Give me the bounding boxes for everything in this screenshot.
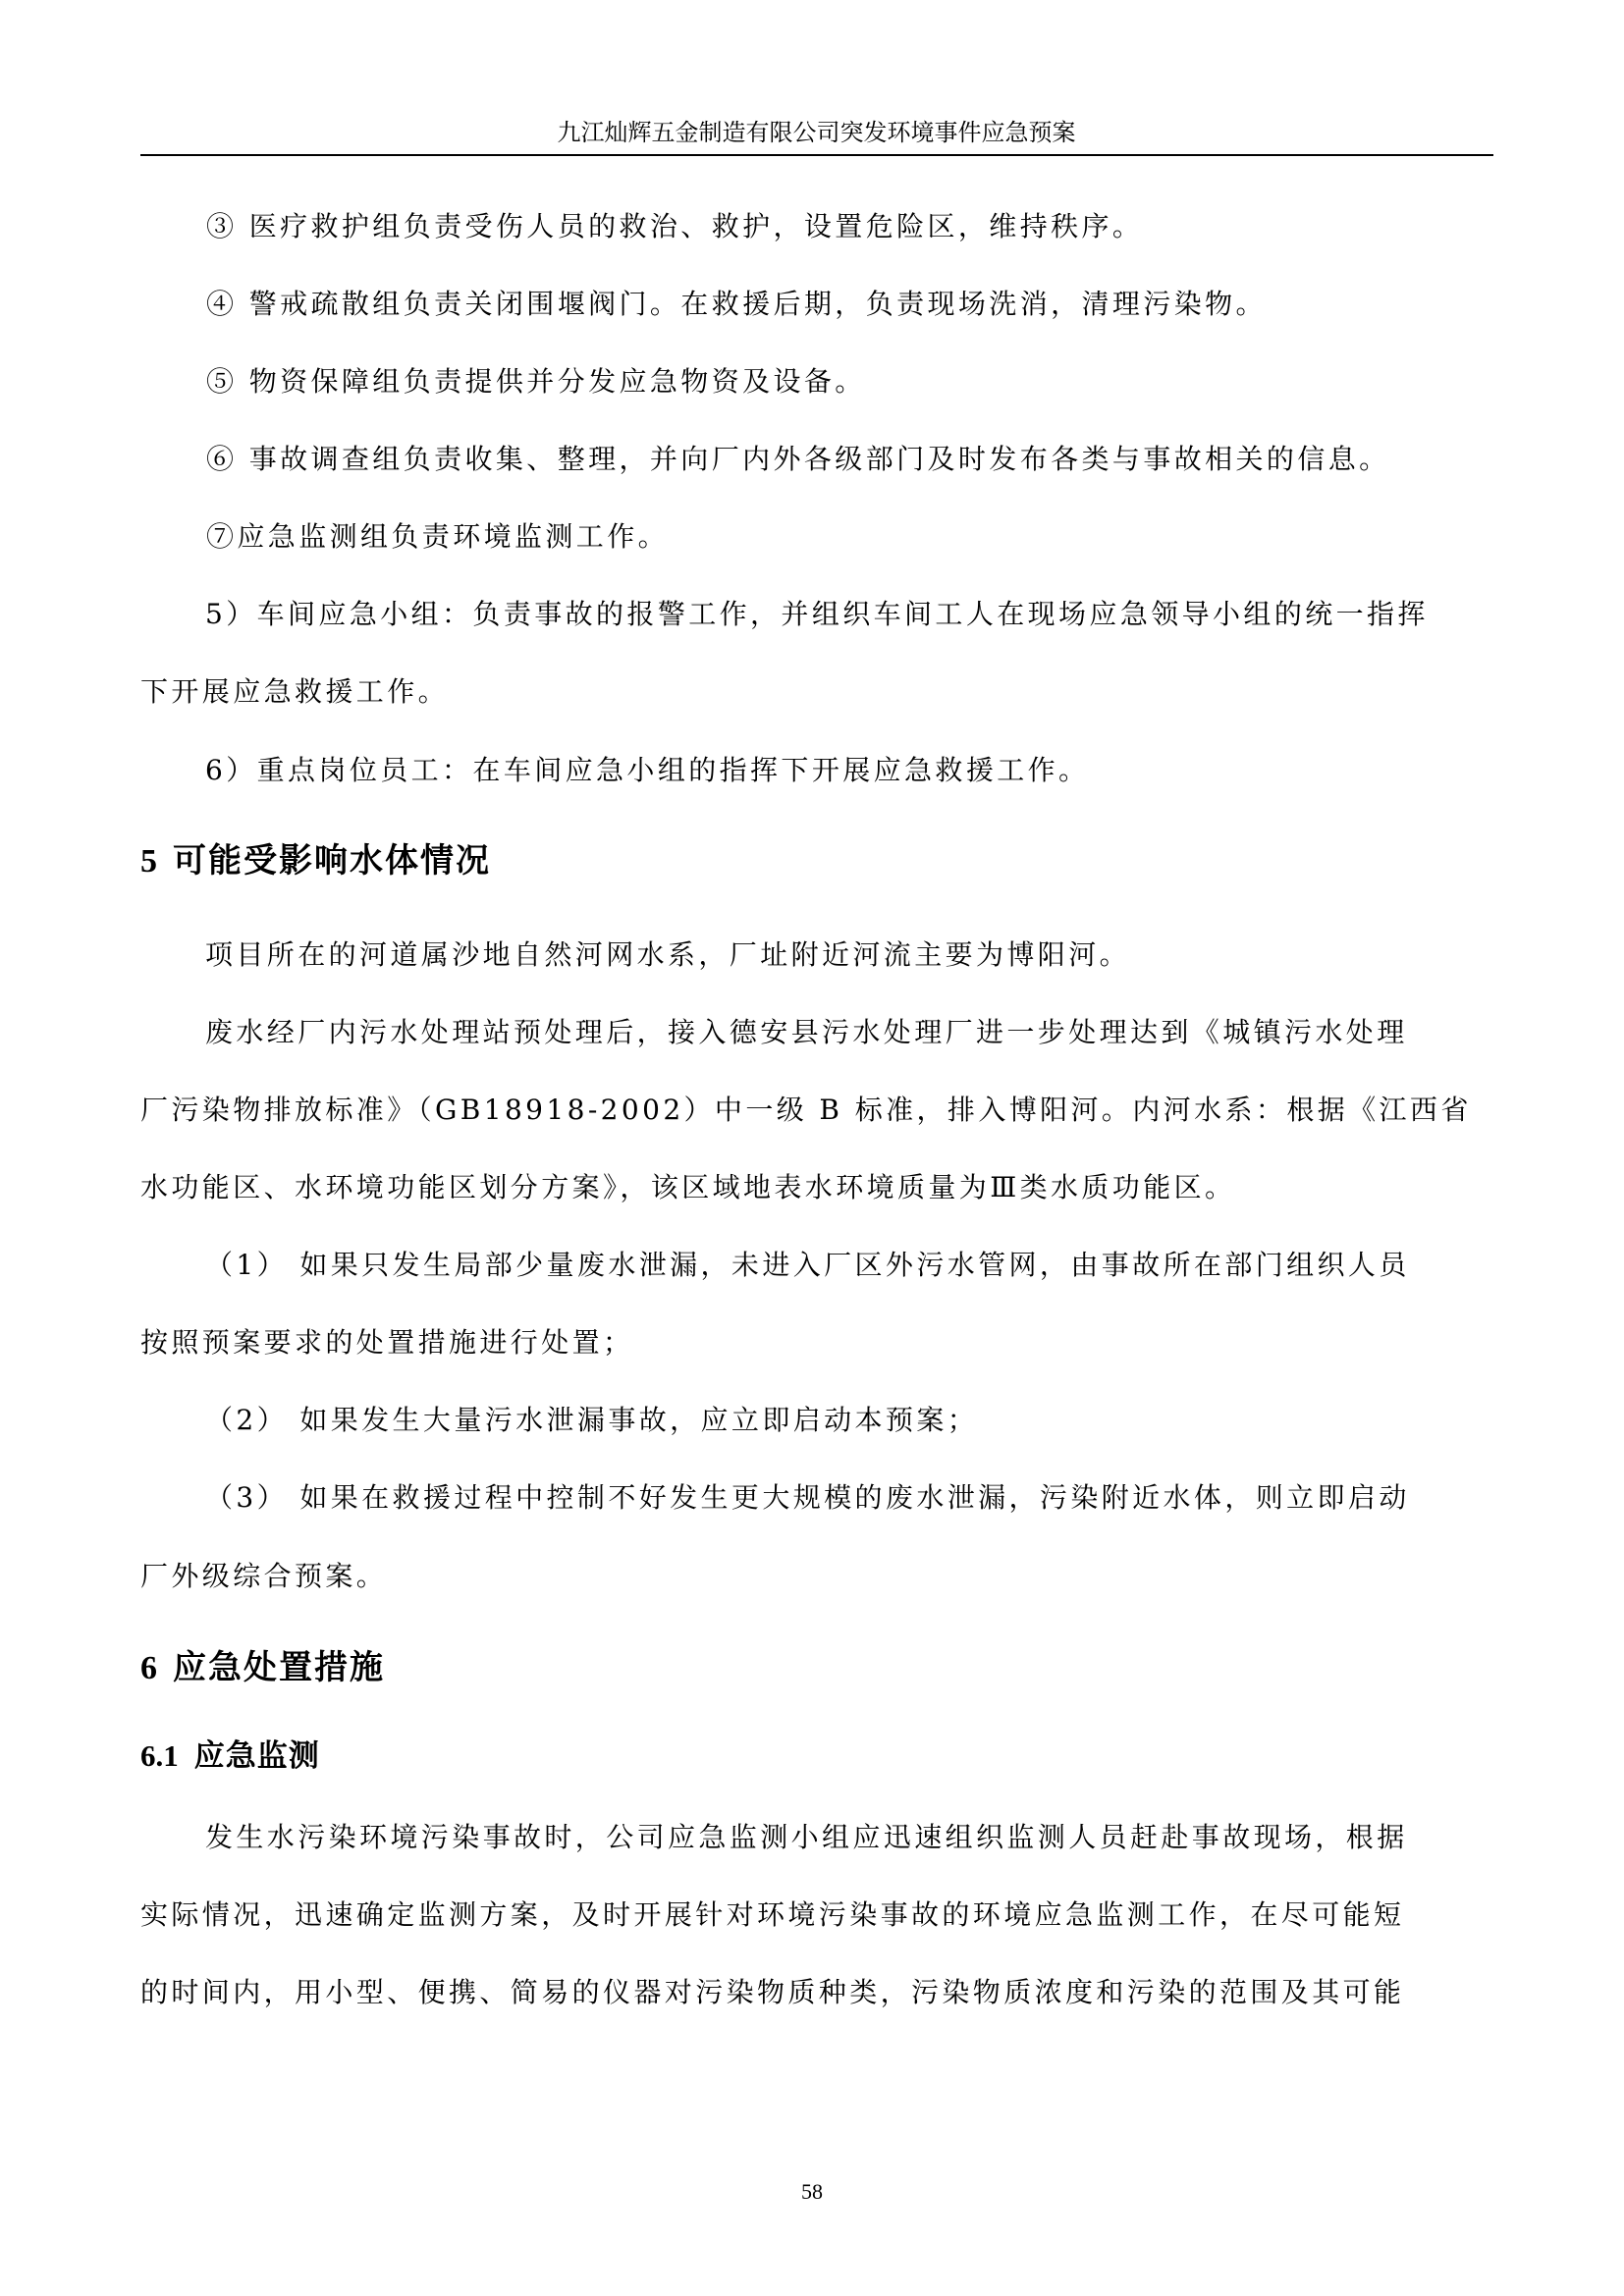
section-6-1-paragraph-line1: 发生水污染环境污染事故时，公司应急监测小组应迅速组织监测人员赶赴事故现场，根据 [140, 1818, 1560, 1857]
section-5-number: 5 [140, 843, 157, 880]
section-5-paragraph-2-line2: 厂污染物排放标准》（GB18918-2002）中一级 B 标准，排入博阳河。内河… [140, 1091, 1495, 1130]
section-6-1-title: 应急监测 [194, 1738, 320, 1774]
section-6-heading: 6应急处置措施 [140, 1643, 1495, 1692]
section-5-title: 可能受影响水体情况 [173, 841, 491, 881]
section-6-1-paragraph-line2: 实际情况，迅速确定监测方案，及时开展针对环境污染事故的环境应急监测工作，在尽可能… [140, 1896, 1495, 1935]
section-6-1-paragraph-line3: 的时间内，用小型、便携、简易的仪器对污染物质种类，污染物质浓度和污染的范围及其可… [140, 1973, 1495, 2012]
section-6-number: 6 [140, 1650, 157, 1686]
paragraph-workshop-line2: 下开展应急救援工作。 [140, 672, 1495, 712]
header-divider [140, 154, 1493, 156]
case-3-line2: 厂外级综合预案。 [140, 1557, 1495, 1596]
paragraph-key-staff: 6）重点岗位员工：在车间应急小组的指挥下开展应急救援工作。 [140, 751, 1560, 790]
list-item-investigation: ⑥ 事故调查组负责收集、整理，并向厂内外各级部门及时发布各类与事故相关的信息。 [140, 440, 1561, 479]
section-5-paragraph-1: 项目所在的河道属沙地自然河网水系，厂址附近河流主要为博阳河。 [140, 935, 1560, 975]
paragraph-workshop-line1: 5）车间应急小组：负责事故的报警工作，并组织车间工人在现场应急领导小组的统一指挥 [140, 595, 1560, 634]
section-6-1-heading: 6.1应急监测 [140, 1734, 1495, 1779]
page-number: 58 [763, 2177, 861, 2207]
section-5-heading: 5可能受影响水体情况 [140, 836, 1495, 885]
case-1-line2: 按照预案要求的处置措施进行处置； [140, 1323, 1495, 1362]
section-5-paragraph-2-line1: 废水经厂内污水处理站预处理后，接入德安县污水处理厂进一步处理达到《城镇污水处理 [140, 1013, 1560, 1052]
list-item-medical-rescue: ③ 医疗救护组负责受伤人员的救治、救护，设置危险区，维持秩序。 [140, 207, 1561, 246]
case-3-line1: （3） 如果在救援过程中控制不好发生更大规模的废水泄漏，污染附近水体，则立即启动 [140, 1478, 1560, 1518]
list-item-evacuation: ④ 警戒疏散组负责关闭围堰阀门。在救援后期，负责现场洗消，清理污染物。 [140, 285, 1561, 324]
section-6-1-number: 6.1 [140, 1738, 179, 1773]
page-header-title: 九江灿辉五金制造有限公司突发环境事件应急预案 [140, 116, 1492, 149]
list-item-supplies: ⑤ 物资保障组负责提供并分发应急物资及设备。 [140, 362, 1561, 401]
case-1-line1: （1） 如果只发生局部少量废水泄漏，未进入厂区外污水管网，由事故所在部门组织人员 [140, 1246, 1560, 1285]
list-item-monitoring: ⑦应急监测组负责环境监测工作。 [140, 517, 1561, 557]
section-5-paragraph-2-line3: 水功能区、水环境功能区划分方案》，该区域地表水环境质量为Ⅲ类水质功能区。 [140, 1168, 1495, 1207]
case-2: （2） 如果发生大量污水泄漏事故，应立即启动本预案； [140, 1401, 1560, 1440]
section-6-title: 应急处置措施 [173, 1648, 385, 1687]
